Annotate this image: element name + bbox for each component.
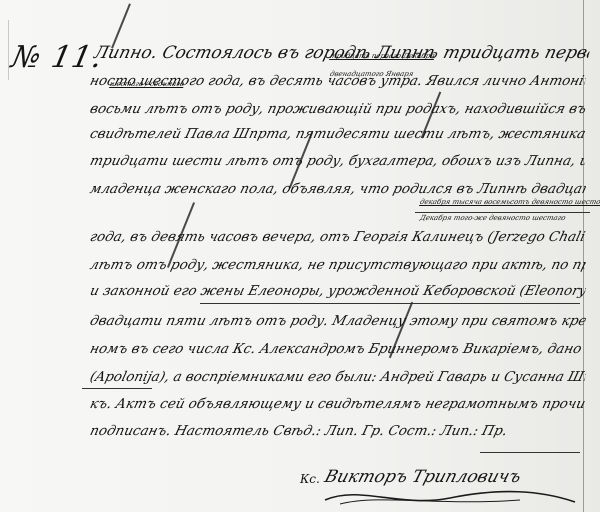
entry-number: № 11. xyxy=(8,40,106,75)
document-line-9: и законной его жены Елеоноры, урожденной… xyxy=(88,282,587,300)
document-line-4: свидѣтелей Павла Шпрта, пятидесяти шести… xyxy=(88,125,587,143)
document-line-13: къ. Актъ сей объявляющему и свидѣтелямъ … xyxy=(88,395,587,413)
closing-rule xyxy=(480,452,580,453)
document-line-8: лѣтъ отъ роду, жестяника, не присутствую… xyxy=(88,256,587,274)
document-line-5: тридцати шести лѣтъ отъ роду, бухгалтера… xyxy=(88,152,587,170)
underline-rule xyxy=(415,212,590,213)
document-line-11: номъ въ сего числа Кс. Александромъ Брин… xyxy=(88,340,587,358)
underline-rule xyxy=(82,388,152,389)
document-line-7: года, въ девять часовъ вечера, отъ Георг… xyxy=(88,228,587,246)
underline-rule xyxy=(200,303,580,304)
scanned-document-page: № 11. Липно. Состоялось въ городѣ Липнѣ … xyxy=(0,0,600,512)
interlinear-note: Декабря того-же девяносто шестаго xyxy=(419,214,566,222)
ascender-stroke xyxy=(111,3,131,48)
signature-flourish xyxy=(320,480,580,506)
document-line-12: (Apolonija), а воспріемниками его были: … xyxy=(88,368,587,386)
document-line-3: восьми лѣтъ отъ роду, проживающій при ро… xyxy=(88,100,587,118)
signature-prefix: Кс. xyxy=(300,472,320,486)
document-line-10: двадцати пяти лѣтъ отъ роду. Младенцу эт… xyxy=(88,312,587,330)
interlinear-note: декабря тысяча восемьсотъ девяносто шест… xyxy=(419,198,600,206)
document-line-14: подписанъ. Настоятель Свѣд.: Лип. Гр. Со… xyxy=(88,422,587,440)
interlinear-note: тридцать перваго Декабря xyxy=(329,52,436,60)
document-line-2: носто шестого года, въ десять часовъ утр… xyxy=(88,72,587,90)
document-line-6: младенца женскаго пола, объявляя, что ро… xyxy=(88,180,587,198)
